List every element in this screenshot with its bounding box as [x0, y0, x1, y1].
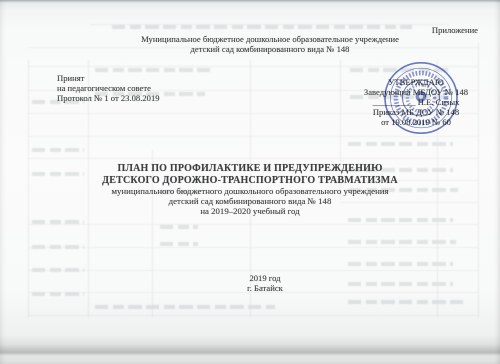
- scanned-document-page: Приложение Муниципальное бюджетное дошко…: [0, 0, 500, 364]
- footer-city: г. Батайск: [15, 283, 500, 293]
- bleed-artifact: [95, 68, 210, 72]
- bleed-artifact: [32, 220, 84, 224]
- title-line-4: детский сад комбинированного вида № 148: [20, 196, 480, 206]
- footer-year: 2019 год: [15, 273, 500, 283]
- official-seal-stamp: [381, 58, 461, 138]
- bleed-artifact: [348, 240, 456, 244]
- org-name-header: Муниципальное бюджетное дошкольное образ…: [40, 34, 500, 54]
- title-line-1: ПЛАН ПО ПРОФИЛАКТИКЕ И ПРЕДУПРЕЖДЕНИЮ: [20, 163, 480, 175]
- accepted-line-3: Протокол № 1 от 23.08.2019: [57, 93, 160, 103]
- title-line-3: муниципального бюджетного дошкольного об…: [20, 186, 480, 196]
- bleed-artifact: [28, 315, 478, 316]
- accepted-block: Принят на педагогическом совете Протокол…: [57, 73, 160, 103]
- bleed-artifact: [348, 218, 453, 222]
- bleed-artifact: [28, 158, 478, 159]
- accepted-line-1: Принят: [57, 73, 160, 83]
- org-name-line-2: детский сад комбинированного вида № 148: [40, 44, 500, 54]
- bleed-artifact: [160, 225, 198, 229]
- bleed-artifact: [348, 262, 453, 266]
- footer-block: 2019 год г. Батайск: [15, 273, 500, 293]
- bleed-artifact: [348, 142, 453, 146]
- org-name-line-1: Муниципальное бюджетное дошкольное образ…: [40, 34, 500, 44]
- bleed-artifact: [28, 224, 478, 225]
- bleed-artifact: [32, 268, 84, 272]
- bleed-artifact: [348, 300, 466, 304]
- bleed-artifact: [160, 242, 198, 246]
- title-line-2: ДЕТСКОГО ДОРОЖНО-ТРАНСПОРТНОГО ТРАВМАТИЗ…: [20, 175, 480, 187]
- bleed-artifact: [90, 24, 450, 25]
- title-block: ПЛАН ПО ПРОФИЛАКТИКЕ И ПРЕДУПРЕЖДЕНИЮ ДЕ…: [20, 163, 480, 217]
- bleed-artifact: [32, 148, 84, 152]
- bleed-artifact: [112, 25, 412, 29]
- bleed-artifact: [95, 305, 275, 309]
- accepted-line-2: на педагогическом совете: [57, 83, 160, 93]
- bleed-artifact: [28, 247, 478, 248]
- bleed-artifact: [28, 270, 478, 271]
- bleed-artifact: [32, 245, 84, 249]
- title-line-5: на 2019–2020 учебный год: [20, 206, 480, 216]
- seal-emblem-icon: [416, 91, 427, 103]
